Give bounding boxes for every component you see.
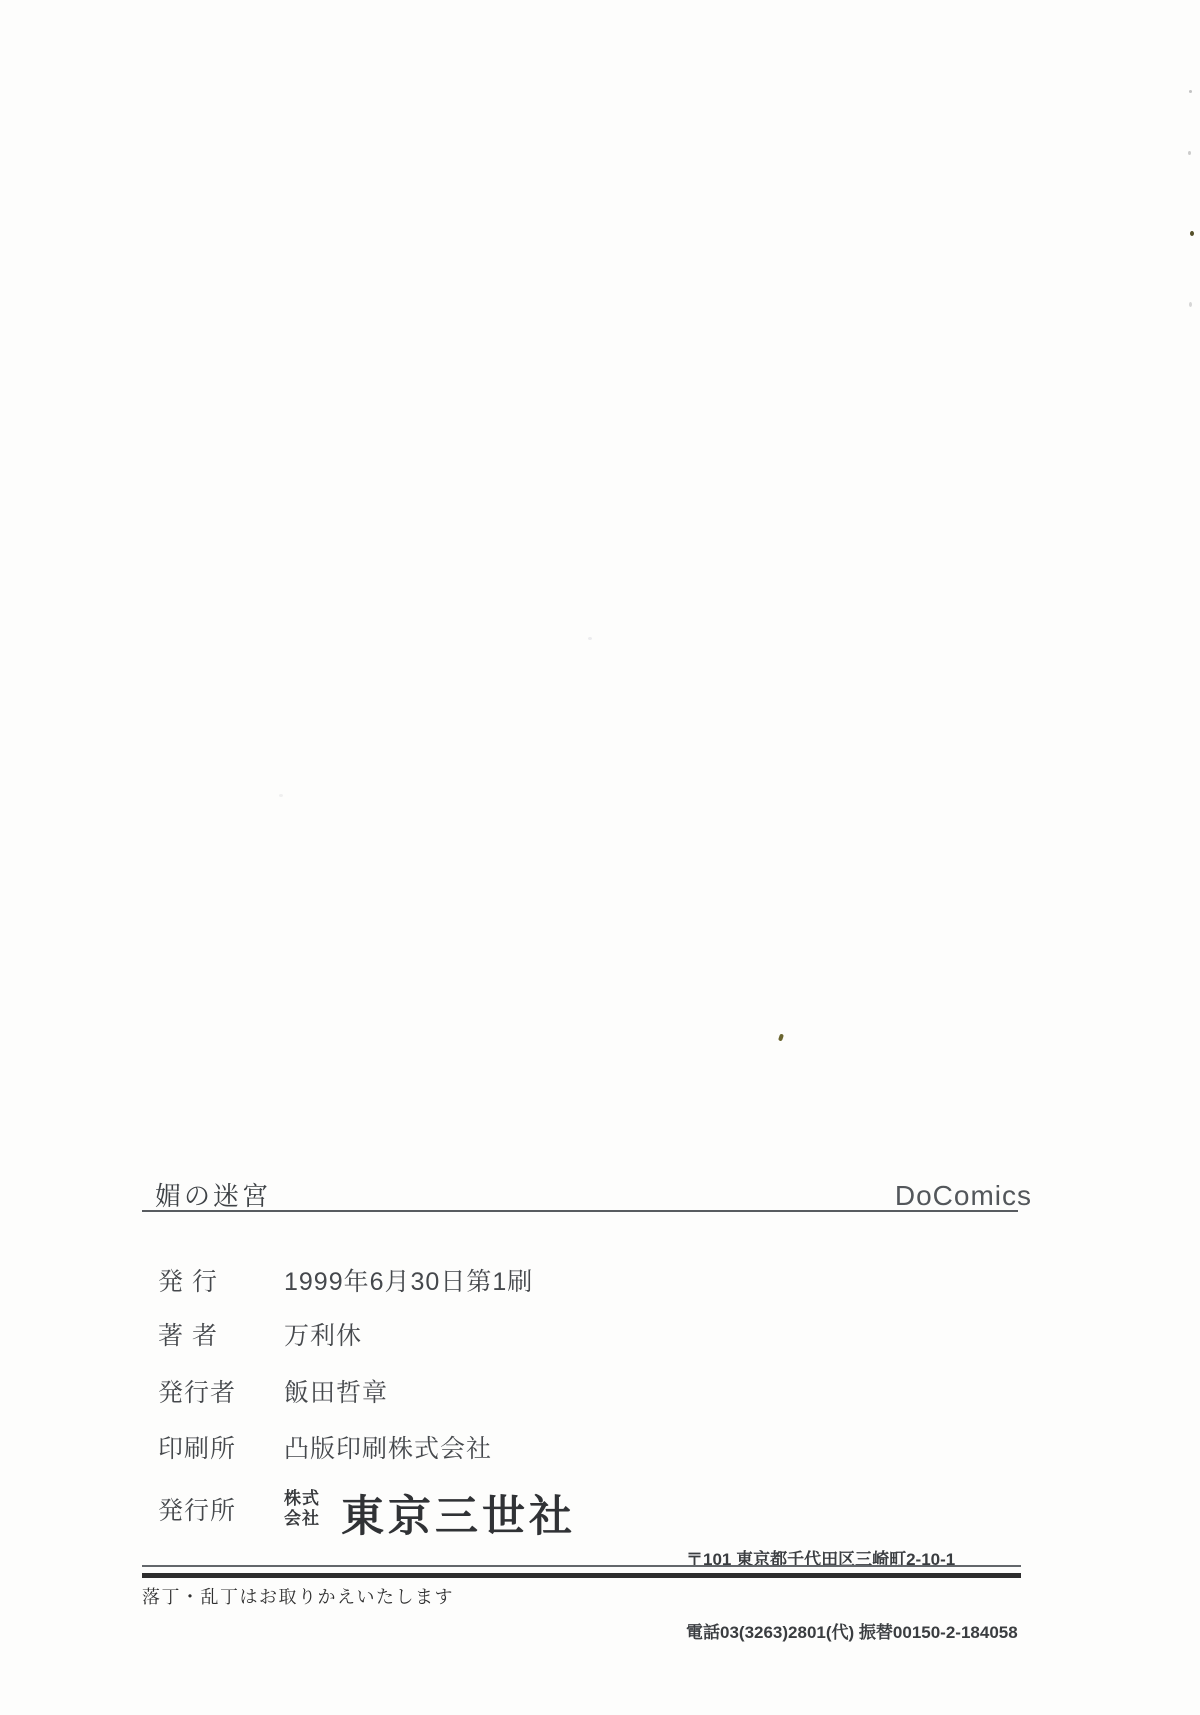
ink-speck — [588, 637, 592, 640]
ink-speck — [1190, 231, 1194, 236]
row-value-author: 万利休 — [284, 1316, 362, 1352]
defective-copy-notice: 落丁・乱丁はお取りかえいたします — [142, 1583, 454, 1609]
publisher-prefix-line2: 会社 — [284, 1509, 320, 1529]
publisher-prefix-line1: 株式 — [284, 1489, 320, 1509]
ink-speck — [778, 1034, 784, 1042]
bottom-divider-heavy-rule — [142, 1573, 1021, 1578]
ink-speck — [279, 794, 283, 797]
publisher-corporate-prefix: 株式 会社 — [284, 1489, 320, 1529]
publisher-name: 東京三世社 — [341, 1483, 576, 1544]
publisher-brand-logo: DoComics — [895, 1180, 1032, 1212]
title-divider-rule — [142, 1210, 1018, 1212]
row-value-published: 1999年6月30日第1刷 — [284, 1262, 533, 1298]
ink-speck — [1189, 90, 1192, 93]
row-label-author: 著 者 — [158, 1316, 218, 1352]
colophon-page: 媚の迷宮 DoComics 発 行 1999年6月30日第1刷 著 者 万利休 … — [0, 0, 1200, 1715]
row-label-publishing-house: 発行所 — [158, 1491, 236, 1527]
row-value-printer: 凸版印刷株式会社 — [284, 1429, 492, 1465]
row-value-publisher-person: 飯田哲章 — [284, 1373, 388, 1409]
row-label-published: 発 行 — [158, 1262, 218, 1298]
ink-speck — [1188, 151, 1191, 155]
row-label-publisher-person: 発行者 — [158, 1373, 236, 1409]
publisher-phone-transfer: 電話03(3263)2801(代) 振替00150-2-184058 — [686, 1621, 1018, 1645]
ink-speck — [1189, 302, 1192, 307]
publisher-address: 〒101 東京都千代田区三崎町2-10-1 — [686, 1548, 1018, 1572]
bottom-divider-thin-rule — [142, 1565, 1021, 1567]
book-title: 媚の迷宮 — [155, 1176, 271, 1213]
publisher-contact-block: 〒101 東京都千代田区三崎町2-10-1 電話03(3263)2801(代) … — [686, 1500, 1018, 1693]
row-label-printer: 印刷所 — [158, 1429, 236, 1465]
